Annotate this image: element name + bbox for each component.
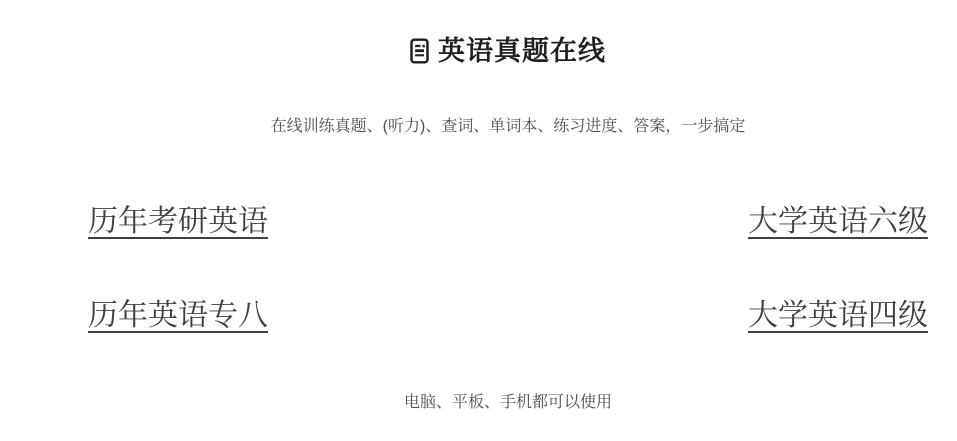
- link-tem8[interactable]: 历年英语专八: [88, 295, 268, 337]
- main-content: 英语真题在线 在线训练真题、(听力)、查词、单词本、练习进度、答案，一步搞定 历…: [88, 0, 928, 411]
- memo-document-icon: [410, 38, 429, 64]
- page-title: 英语真题在线: [438, 36, 606, 66]
- link-kaoyan-english[interactable]: 历年考研英语: [88, 201, 268, 243]
- page-subtitle: 在线训练真题、(听力)、查词、单词本、练习进度、答案，一步搞定: [88, 119, 928, 135]
- exam-links: 历年考研英语 大学英语六级 历年英语专八 大学英语四级: [88, 201, 928, 337]
- link-cet4[interactable]: 大学英语四级: [748, 295, 928, 337]
- page-header: 英语真题在线: [88, 36, 928, 66]
- footer-note: 电脑、平板、手机都可以使用: [88, 395, 928, 411]
- link-cet6[interactable]: 大学英语六级: [748, 201, 928, 243]
- page: { "header": { "icon": "memo-document-ico…: [0, 0, 957, 441]
